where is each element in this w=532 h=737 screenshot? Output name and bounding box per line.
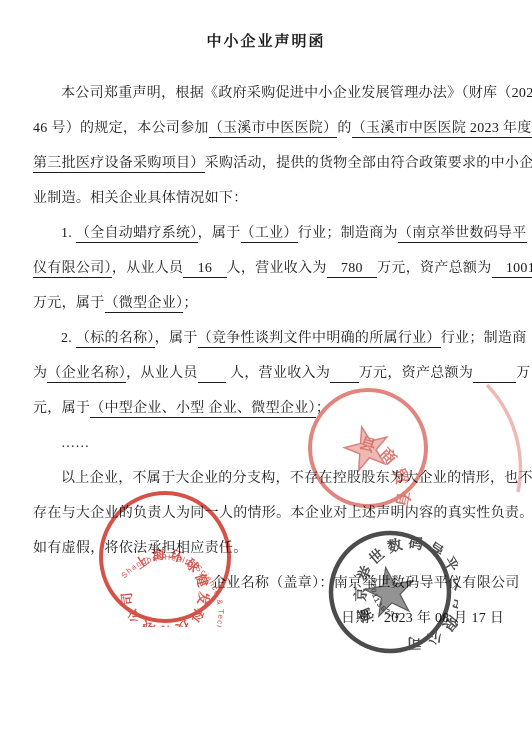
date-line: 日期：2023 年 08 月 17 日 bbox=[341, 601, 505, 636]
text-segment: 元，属于 bbox=[33, 401, 90, 416]
para-closing-line1: 以上企业，不属于大企业的分支构，不存在控股股东为大企业的情形，也不 bbox=[33, 461, 505, 496]
filled-blank: （玉溪市中医医院） bbox=[209, 121, 338, 138]
filled-blank: （全自动蜡疗系统） bbox=[76, 226, 198, 243]
para-closing-line2: 存在与大企业的负责人为同一人的情形。本企业对上述声明内容的真实性负责。 bbox=[33, 496, 505, 531]
filled-blank: （工业） bbox=[241, 226, 298, 243]
text-segment: 以上企业，不属于大企业的分支构，不存在控股股东为大企业的情形，也不 bbox=[61, 471, 532, 486]
para-intro-line3: 第三批医疗设备采购项目）采购活动，提供的货物全部由符合政策要求的中小企 bbox=[33, 146, 505, 181]
filled-blank: （竞争性谈判文件中明确的所属行业） bbox=[198, 331, 441, 348]
text-segment: 日期：2023 年 08 月 17 日 bbox=[341, 611, 504, 626]
filled-blank: （微型企业） bbox=[105, 296, 184, 313]
text-segment: ，属于 bbox=[155, 331, 198, 346]
filled-blank: （企业名称） bbox=[47, 366, 126, 383]
para-closing-line3: 如有虚假，将依法承担相应责任。 bbox=[33, 531, 505, 566]
text-segment: 存在与大企业的负责人为同一人的情形。本企业对上述声明内容的真实性负责。 bbox=[33, 506, 532, 521]
filled-blank bbox=[330, 366, 359, 383]
filled-blank bbox=[473, 366, 516, 383]
filled-blank: 第三批医疗设备采购项目） bbox=[33, 156, 205, 173]
text-segment: 万元，资产总额为 bbox=[359, 366, 473, 381]
filled-blank: （中型企业、小型 企业、微型企业） bbox=[90, 401, 316, 418]
text-segment: 人，营业收入为 bbox=[226, 366, 330, 381]
text-segment: 2. bbox=[61, 331, 76, 346]
filled-blank: （玉溪市中医医院 2023 年度 bbox=[352, 121, 532, 138]
text-segment: ，属于 bbox=[198, 226, 241, 241]
text-segment: 行业；制造商 bbox=[441, 331, 527, 346]
text-segment: …… bbox=[61, 436, 90, 451]
ellipsis-line: …… bbox=[33, 426, 505, 461]
text-segment: 为 bbox=[33, 366, 47, 381]
filled-blank: 16 bbox=[183, 261, 226, 278]
item1-line2: 仪有限公司），从业人员 16 人，营业收入为 780 万元，资产总额为 1001 bbox=[33, 251, 505, 286]
text-segment: 企业名称（盖章）：南京举世数码导平仪有限公司 bbox=[212, 576, 520, 591]
text-segment: 的 bbox=[337, 121, 351, 136]
page-title: 中小企业声明函 bbox=[0, 30, 532, 51]
filled-blank: 1001 bbox=[492, 261, 532, 278]
item1-line3: 万元，属于（微型企业）； bbox=[33, 286, 505, 321]
text-segment: 业制造。相关企业具体情况如下： bbox=[33, 191, 248, 206]
text-segment: 人，营业收入为 bbox=[227, 261, 327, 276]
item1-line1: 1. （全自动蜡疗系统），属于（工业）行业；制造商为（南京举世数码导平 bbox=[33, 216, 505, 251]
para-intro-line1: 本公司郑重声明，根据《政府采购促进中小企业发展管理办法》（财库（2020） bbox=[33, 76, 505, 111]
item2-line1: 2. （标的名称），属于（竞争性谈判文件中明确的所属行业）行业；制造商 bbox=[33, 321, 505, 356]
filled-blank: 780 bbox=[327, 261, 378, 278]
para-intro-line2: 46 号）的规定，本公司参加（玉溪市中医医院）的（玉溪市中医医院 2023 年度 bbox=[33, 111, 505, 146]
item2-line2: 为（企业名称），从业人员 人，营业收入为 万元，资产总额为 万 bbox=[33, 356, 505, 391]
filled-blank: 仪有限公司） bbox=[33, 261, 112, 278]
filled-blank: （标的名称） bbox=[76, 331, 155, 348]
text-segment: 万元，资产总额为 bbox=[377, 261, 491, 276]
text-segment: 本公司郑重声明，根据《政府采购促进中小企业发展管理办法》（财库（2020） bbox=[61, 86, 532, 101]
text-segment: ，从业人员 bbox=[126, 366, 198, 381]
text-segment: 如有虚假，将依法承担相应责任。 bbox=[33, 541, 248, 556]
item2-line3: 元，属于（中型企业、小型 企业、微型企业）； bbox=[33, 391, 505, 426]
text-segment: ，从业人员 bbox=[112, 261, 184, 276]
filled-blank bbox=[198, 366, 227, 383]
text-segment: 采购活动，提供的货物全部由符合政策要求的中小企 bbox=[205, 156, 532, 171]
text-segment: 行业；制造商为 bbox=[298, 226, 398, 241]
signature-line: 企业名称（盖章）：南京举世数码导平仪有限公司 bbox=[212, 566, 505, 601]
filled-blank: （南京举世数码导平 bbox=[398, 226, 527, 243]
text-segment: 46 号）的规定，本公司参加 bbox=[33, 121, 209, 136]
text-segment: ； bbox=[316, 401, 330, 416]
text-segment: ； bbox=[183, 296, 197, 311]
para-intro-line4: 业制造。相关企业具体情况如下： bbox=[33, 181, 505, 216]
document-body: 本公司郑重声明，根据《政府采购促进中小企业发展管理办法》（财库（2020）46 … bbox=[33, 76, 505, 636]
text-segment: 1. bbox=[61, 226, 76, 241]
text-segment: 万元，属于 bbox=[33, 296, 105, 311]
declaration-document-page: 中小企业声明函 本公司郑重声明，根据《政府采购促进中小企业发展管理办法》（财库（… bbox=[0, 0, 532, 737]
text-segment: 万 bbox=[516, 366, 530, 381]
